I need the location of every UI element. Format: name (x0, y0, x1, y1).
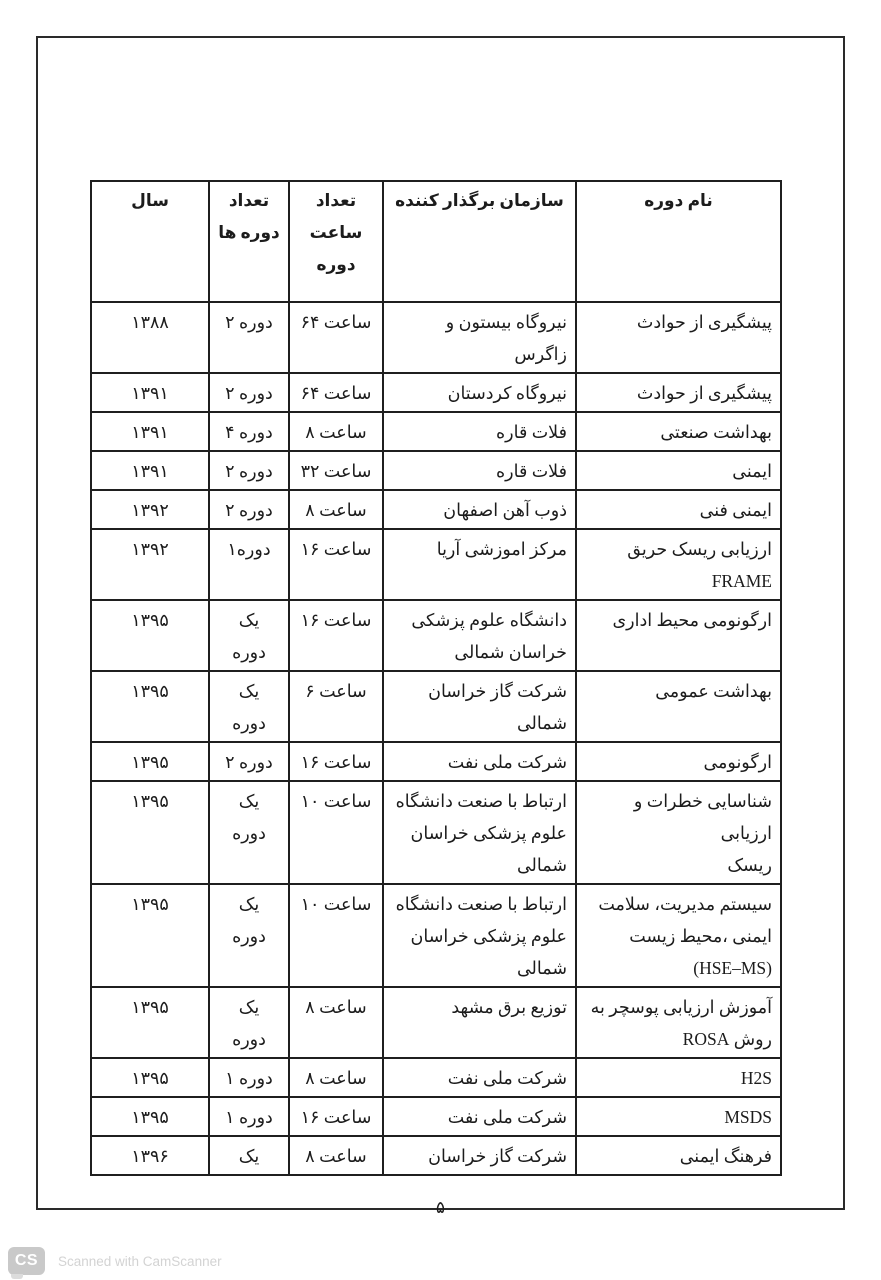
cell-year: ۱۳۹۱ (91, 451, 209, 490)
table-row: آموزش ارزیابی پوسچر به روش ROSAتوزیع برق… (91, 987, 781, 1058)
page-number: ۵ (38, 1198, 843, 1218)
cell-year: ۱۳۹۵ (91, 742, 209, 781)
cell-course-hours: ۶۴ ساعت (289, 373, 383, 412)
cell-year: ۱۳۹۵ (91, 671, 209, 742)
table-row: پیشگیری از حوادثنیروگاه بیستون و زاگرس۶۴… (91, 302, 781, 373)
cell-organizer: ارتباط با صنعت دانشگاه علوم پزشکی خراسان… (383, 781, 576, 884)
cell-course-hours: ۱۰ ساعت (289, 884, 383, 987)
table-row: ایمنیفلات قاره۳۲ ساعت۲ دوره۱۳۹۱ (91, 451, 781, 490)
cell-course-name: ایمنی (576, 451, 781, 490)
cell-organizer: شرکت ملی نفت (383, 1058, 576, 1097)
cell-course-count: ۲ دوره (209, 490, 289, 529)
cell-organizer: دانشگاه علوم پزشکی خراسان شمالی (383, 600, 576, 671)
cell-organizer: مرکز اموزشی آریا (383, 529, 576, 600)
cell-year: ۱۳۸۸ (91, 302, 209, 373)
table-header-row: نام دوره سازمان برگذار کننده تعداد ساعت … (91, 181, 781, 302)
cell-course-name: فرهنگ ایمنی (576, 1136, 781, 1175)
cell-course-name: پیشگیری از حوادث (576, 373, 781, 412)
cell-course-hours: ۱۶ ساعت (289, 529, 383, 600)
cell-course-count: ۱ دوره (209, 1058, 289, 1097)
table-row: ایمنی فنیذوب آهن اصفهان۸ ساعت۲ دوره۱۳۹۲ (91, 490, 781, 529)
cell-course-count: یک دوره (209, 600, 289, 671)
cell-course-hours: ۱۶ ساعت (289, 742, 383, 781)
cell-course-hours: ۸ ساعت (289, 412, 383, 451)
cell-organizer: نیروگاه بیستون و زاگرس (383, 302, 576, 373)
table-row: فرهنگ ایمنیشرکت گاز خراسان۸ ساعتیک۱۳۹۶ (91, 1136, 781, 1175)
cell-organizer: ارتباط با صنعت دانشگاه علوم پزشکی خراسان… (383, 884, 576, 987)
cell-course-hours: ۶۴ ساعت (289, 302, 383, 373)
cell-course-count: ۲ دوره (209, 373, 289, 412)
cell-year: ۱۳۹۲ (91, 490, 209, 529)
cell-organizer: ذوب آهن اصفهان (383, 490, 576, 529)
cell-organizer: شرکت ملی نفت (383, 1097, 576, 1136)
header-year: سال (91, 181, 209, 302)
page-border-frame: نام دوره سازمان برگذار کننده تعداد ساعت … (36, 36, 845, 1210)
cell-course-count: ۲ دوره (209, 302, 289, 373)
cell-organizer: شرکت گاز خراسان (383, 1136, 576, 1175)
cell-course-count: یک دوره (209, 987, 289, 1058)
header-course-hours: تعداد ساعت دوره (289, 181, 383, 302)
cell-year: ۱۳۹۲ (91, 529, 209, 600)
header-course-count: تعداد دوره ها (209, 181, 289, 302)
cell-course-hours: ۶ ساعت (289, 671, 383, 742)
cell-course-name: آموزش ارزیابی پوسچر به روش ROSA (576, 987, 781, 1058)
cell-course-count: ۱دوره (209, 529, 289, 600)
cell-course-hours: ۸ ساعت (289, 1136, 383, 1175)
table-row: H2Sشرکت ملی نفت۸ ساعت۱ دوره۱۳۹۵ (91, 1058, 781, 1097)
cell-course-count: یک دوره (209, 884, 289, 987)
cell-course-count: یک دوره (209, 781, 289, 884)
cell-course-hours: ۳۲ ساعت (289, 451, 383, 490)
header-organizer: سازمان برگذار کننده (383, 181, 576, 302)
cell-year: ۱۳۹۵ (91, 1058, 209, 1097)
cell-year: ۱۳۹۱ (91, 412, 209, 451)
cell-course-name: پیشگیری از حوادث (576, 302, 781, 373)
cell-year: ۱۳۹۵ (91, 884, 209, 987)
camscanner-logo-icon: CS (8, 1247, 45, 1275)
camscanner-watermark-text: Scanned with CamScanner (58, 1254, 222, 1269)
cell-course-count: یک (209, 1136, 289, 1175)
cell-course-hours: ۸ ساعت (289, 1058, 383, 1097)
cell-course-hours: ۱۰ ساعت (289, 781, 383, 884)
cell-year: ۱۳۹۵ (91, 600, 209, 671)
table-row: بهداشت عمومیشرکت گاز خراسان شمالی۶ ساعتی… (91, 671, 781, 742)
cell-organizer: شرکت گاز خراسان شمالی (383, 671, 576, 742)
cell-course-name: H2S (576, 1058, 781, 1097)
cell-course-name: سیستم مدیریت، سلامت ایمنی ،محیط زیست (HS… (576, 884, 781, 987)
cell-course-name: شناسایی خطرات و ارزیابی ریسک (576, 781, 781, 884)
table-row: ارگونومی محیط اداریدانشگاه علوم پزشکی خر… (91, 600, 781, 671)
cell-year: ۱۳۹۵ (91, 1097, 209, 1136)
camscanner-watermark: CS Scanned with CamScanner (8, 1247, 222, 1275)
cell-course-name: MSDS (576, 1097, 781, 1136)
cell-course-count: ۴ دوره (209, 412, 289, 451)
table-row: بهداشت صنعتیفلات قاره۸ ساعت۴ دوره۱۳۹۱ (91, 412, 781, 451)
table-row: ارگونومیشرکت ملی نفت۱۶ ساعت۲ دوره۱۳۹۵ (91, 742, 781, 781)
cell-course-name: ایمنی فنی (576, 490, 781, 529)
cell-course-hours: ۱۶ ساعت (289, 1097, 383, 1136)
table-row: پیشگیری از حوادثنیروگاه کردستان۶۴ ساعت۲ … (91, 373, 781, 412)
cell-course-name: ارگونومی (576, 742, 781, 781)
table-row: MSDSشرکت ملی نفت۱۶ ساعت۱ دوره۱۳۹۵ (91, 1097, 781, 1136)
cell-course-count: ۲ دوره (209, 742, 289, 781)
cell-course-name: ارزیابی ریسک حریق FRAME (576, 529, 781, 600)
cell-year: ۱۳۹۵ (91, 781, 209, 884)
cell-organizer: شرکت ملی نفت (383, 742, 576, 781)
cell-course-count: ۱ دوره (209, 1097, 289, 1136)
table-row: سیستم مدیریت، سلامت ایمنی ،محیط زیست (HS… (91, 884, 781, 987)
cell-course-count: ۲ دوره (209, 451, 289, 490)
table-row: شناسایی خطرات و ارزیابی ریسکارتباط با صن… (91, 781, 781, 884)
cell-year: ۱۳۹۶ (91, 1136, 209, 1175)
cell-organizer: فلات قاره (383, 451, 576, 490)
cell-course-name: بهداشت عمومی (576, 671, 781, 742)
cell-course-hours: ۸ ساعت (289, 490, 383, 529)
header-course-name: نام دوره (576, 181, 781, 302)
table-row: ارزیابی ریسک حریق FRAMEمرکز اموزشی آریا۱… (91, 529, 781, 600)
cell-course-count: یک دوره (209, 671, 289, 742)
cell-organizer: توزیع برق مشهد (383, 987, 576, 1058)
cell-course-name: ارگونومی محیط اداری (576, 600, 781, 671)
courses-table: نام دوره سازمان برگذار کننده تعداد ساعت … (90, 180, 782, 1176)
cell-year: ۱۳۹۱ (91, 373, 209, 412)
cell-course-hours: ۸ ساعت (289, 987, 383, 1058)
cell-course-hours: ۱۶ ساعت (289, 600, 383, 671)
cell-course-name: بهداشت صنعتی (576, 412, 781, 451)
cell-organizer: نیروگاه کردستان (383, 373, 576, 412)
cell-organizer: فلات قاره (383, 412, 576, 451)
cell-year: ۱۳۹۵ (91, 987, 209, 1058)
